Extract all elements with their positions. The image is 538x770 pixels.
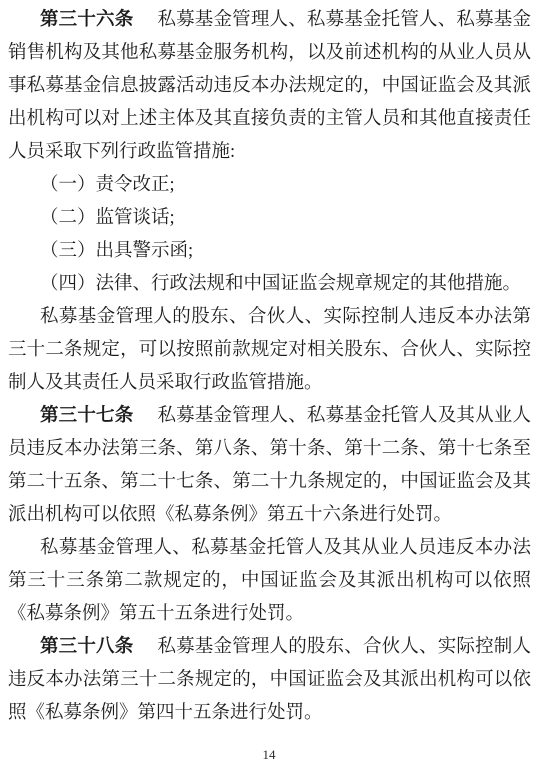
list-item-2: （二）监管谈话; xyxy=(8,202,531,235)
para-article-36-clause-2: 私募基金管理人的股东、合伙人、实际控制人违反本办法第三十二条规定，可以按照前款规… xyxy=(8,301,531,400)
para-article-36: 第三十六条私募基金管理人、私募基金托管人、私募基金销售机构及其他私募基金服务机构… xyxy=(8,4,531,169)
list-item-4: （四）法律、行政法规和中国证监会规章规定的其他措施。 xyxy=(8,268,531,301)
para-article-38: 第三十八条私募基金管理人的股东、合伙人、实际控制人违反本办法第三十二条规定的，中… xyxy=(8,631,531,730)
para-article-37-clause-2: 私募基金管理人、私募基金托管人及其从业人员违反本办法第三十三条第二款规定的，中国… xyxy=(8,532,531,631)
document-page: 第三十六条私募基金管理人、私募基金托管人、私募基金销售机构及其他私募基金服务机构… xyxy=(0,0,538,770)
list-item-3-text: （三）出具警示函; xyxy=(40,241,193,261)
document-body: 第三十六条私募基金管理人、私募基金托管人、私募基金销售机构及其他私募基金服务机构… xyxy=(8,4,531,730)
para-article-37: 第三十七条私募基金管理人、私募基金托管人及其从业人员违反本办法第三条、第八条、第… xyxy=(8,400,531,532)
list-item-4-text: （四）法律、行政法规和中国证监会规章规定的其他措施。 xyxy=(40,274,521,294)
article-36-clause-2-text: 私募基金管理人的股东、合伙人、实际控制人违反本办法第三十二条规定，可以按照前款规… xyxy=(8,307,531,393)
article-36-text: 私募基金管理人、私募基金托管人、私募基金销售机构及其他私募基金服务机构，以及前述… xyxy=(8,10,531,162)
article-37-number: 第三十七条 xyxy=(40,406,133,426)
list-item-1: （一）责令改正; xyxy=(8,169,531,202)
list-item-2-text: （二）监管谈话; xyxy=(40,208,175,228)
list-item-3: （三）出具警示函; xyxy=(8,235,531,268)
article-36-number: 第三十六条 xyxy=(40,10,133,30)
list-item-1-text: （一）责令改正; xyxy=(40,175,175,195)
article-38-number: 第三十八条 xyxy=(40,637,133,657)
page-number: 14 xyxy=(0,747,538,763)
article-37-clause-2-text: 私募基金管理人、私募基金托管人及其从业人员违反本办法第三十三条第二款规定的，中国… xyxy=(8,538,531,624)
